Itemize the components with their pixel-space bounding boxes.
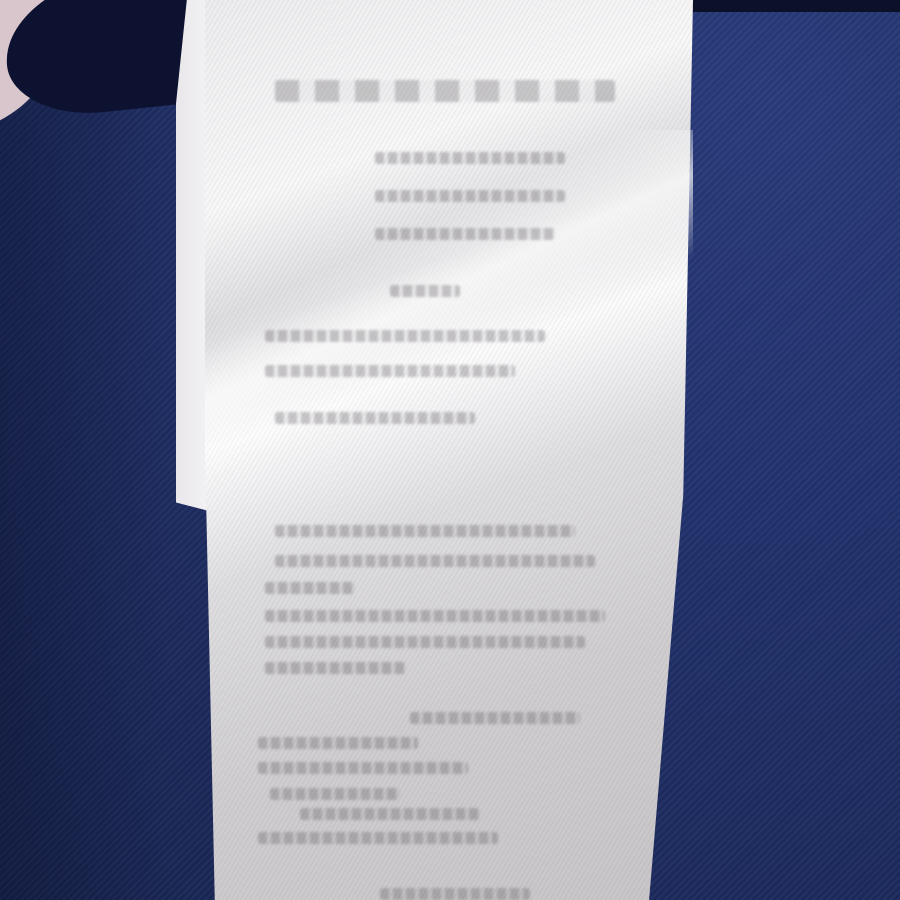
label-text-line	[270, 788, 400, 800]
label-text-line	[265, 330, 545, 342]
label-text-line	[375, 190, 565, 202]
label-text-line	[265, 365, 515, 377]
label-text-line	[265, 610, 605, 622]
label-text-line	[375, 152, 565, 164]
label-text-line	[258, 762, 468, 774]
label-text-line	[265, 662, 405, 674]
label-text-line	[258, 737, 418, 749]
label-text-line	[265, 582, 355, 594]
label-text-line	[300, 808, 480, 820]
label-size-line	[375, 228, 555, 240]
label-text-line	[275, 555, 595, 567]
label-text-line	[275, 412, 475, 424]
label-text-line	[258, 832, 498, 844]
label-text-line	[410, 712, 580, 724]
label-text-line	[275, 525, 575, 537]
label-text-line	[380, 888, 530, 900]
label-text-line	[390, 285, 460, 297]
label-text-line	[265, 636, 585, 648]
collar-edge-right	[690, 0, 900, 12]
label-brand-line	[275, 80, 615, 102]
photo-scene	[0, 0, 900, 900]
